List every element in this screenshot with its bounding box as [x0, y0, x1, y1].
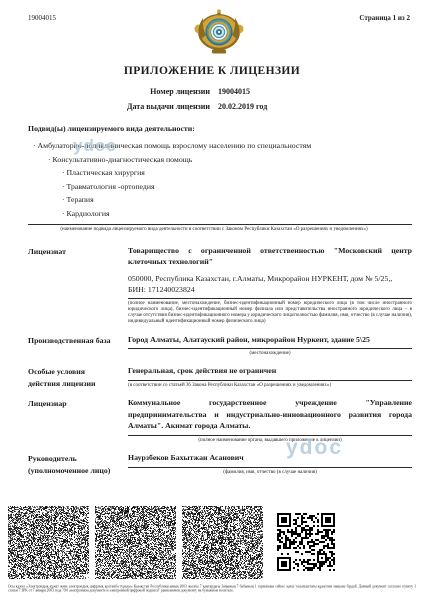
special-conditions-value: Генеральная, срок действия не ограничен	[128, 365, 412, 377]
subtype-item: · Терапия	[62, 193, 412, 207]
subtypes-section: Подвид(ы) лицензируемого вида деятельнос…	[28, 124, 412, 234]
license-annex-document: 19004015 Страница 1 из 2 ПРИЛОЖЕНИЕ К ЛИ…	[0, 0, 424, 600]
kazakhstan-emblem-icon	[193, 8, 245, 56]
licensee-name: Товарищество с ограниченной ответственно…	[128, 245, 412, 268]
issue-date-value: 20.02.2019 год	[210, 102, 424, 111]
subtype-item: · Кардиология	[62, 207, 412, 221]
head-label-2: (уполномоченное лицо)	[28, 464, 128, 476]
subtypes-note: (наименование подвида лицензируемого вид…	[38, 227, 390, 234]
field-licensee: Лицензиат Товарищество с ограниченной от…	[28, 245, 412, 326]
production-base-label: Производственная база	[28, 334, 128, 358]
subtype-item: · Консультативно-диагностическая помощь	[48, 153, 412, 167]
special-conditions-note: (в соответствии со статьей 36 Закона Рес…	[128, 383, 412, 389]
production-base-note: (местонахождение)	[128, 351, 412, 357]
qr-code	[277, 513, 335, 571]
document-number: 19004015	[28, 8, 118, 22]
divider	[128, 467, 412, 468]
production-base-value: Город Алматы, Алатауский район, микрорай…	[128, 334, 412, 346]
licensor-note: (полное наименование органа, выдавшего п…	[128, 438, 412, 444]
document-title: ПРИЛОЖЕНИЕ К ЛИЦЕНЗИИ	[0, 65, 424, 77]
license-number-label: Номер лицензии	[0, 87, 210, 96]
license-meta: Номер лицензии 19004015 Дата выдачи лице…	[0, 87, 424, 111]
issue-date-label: Дата выдачи лицензии	[0, 102, 210, 111]
signature-barcode-3	[182, 506, 263, 579]
page-indicator: Страница 1 из 2	[320, 8, 410, 22]
subtype-item: · Пластическая хирургия	[62, 166, 412, 180]
field-licensor: Лицензиар Коммунальное государственное у…	[28, 397, 412, 444]
divider	[128, 380, 412, 381]
divider	[128, 435, 412, 436]
field-special-conditions: Особые условия действия лицензии Генерал…	[28, 365, 412, 389]
head-label: Руководитель	[28, 452, 128, 464]
signature-barcode-1	[8, 506, 89, 579]
licensor-label: Лицензиар	[28, 397, 128, 444]
fields: Лицензиат Товарищество с ограниченной от…	[28, 245, 412, 477]
divider	[28, 224, 412, 225]
head-note: (фамилия, имя, отчество (в случае наличи…	[128, 470, 412, 476]
signature-barcode-2	[95, 506, 176, 579]
license-number-value: 19004015	[210, 87, 424, 96]
licensee-label: Лицензиат	[28, 245, 128, 326]
special-conditions-label: Особые условия	[28, 365, 128, 377]
subtypes-heading: Подвид(ы) лицензируемого вида деятельнос…	[28, 124, 412, 133]
field-head: Руководитель (уполномоченное лицо) Наурз…	[28, 452, 412, 476]
digital-signature-blocks	[8, 506, 335, 579]
field-production-base: Производственная база Город Алматы, Алат…	[28, 334, 412, 358]
licensee-note: (полное наименование, местонахождение, б…	[128, 301, 412, 326]
divider	[128, 348, 412, 349]
head-value: Наурзбеков Бахытжан Асанович	[128, 452, 412, 464]
subtype-item: · Амбулаторно-поликлиническая помощь взр…	[33, 139, 412, 153]
legal-footer: Осы құжат «Электрондық құжат және электр…	[8, 585, 416, 594]
licensee-address: 050000, Республика Казахстан, г.Алматы, …	[128, 273, 412, 295]
licensor-value: Коммунальное государственное учреждение …	[128, 397, 412, 432]
document-header: 19004015 Страница 1 из 2	[0, 0, 424, 58]
special-conditions-label-2: действия лицензии	[28, 377, 128, 389]
subtype-item: · Травматология -ортопедия	[62, 180, 412, 194]
divider	[128, 298, 412, 299]
